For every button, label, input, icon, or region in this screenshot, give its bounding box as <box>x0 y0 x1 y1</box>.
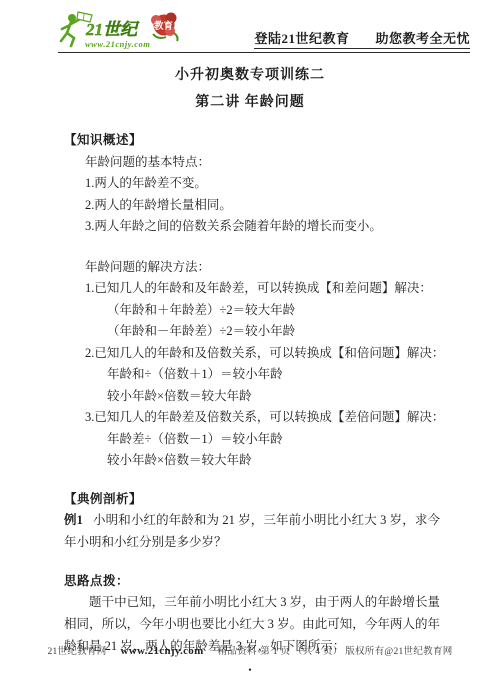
knowledge-feature-3: 3.两人年龄之间的倍数关系会随着年龄的增长而变小。 <box>64 216 440 238</box>
header-slogan: 登陆21世纪教育助您教考全无忧 <box>254 28 470 49</box>
method-1: 1.已知几人的年龄和及年龄差，可以转换成【和差问题】解决： <box>64 278 440 300</box>
example-problem-text: 小明和小红的年龄和为 21 岁，三年前小明比小红大 3 岁，求今年小明和小红分别… <box>64 513 440 549</box>
knowledge-feature-1: 1.两人的年龄差不变。 <box>64 173 440 195</box>
method-2-formula-2: 较小年龄×倍数＝较大年龄 <box>64 386 440 408</box>
footer-site-name: 21世纪教育网 <box>47 647 106 657</box>
methods-intro: 年龄问题的解决方法： <box>64 257 440 279</box>
method-3-formula-1: 年龄差÷（倍数－1）＝较小年龄 <box>64 429 440 451</box>
slogan-right: 助您教考全无忧 <box>375 31 470 46</box>
document-title: 小升初奥数专项训练二 <box>0 64 500 84</box>
method-1-formula-1: （年龄和＋年龄差）÷2＝较大年龄 <box>64 300 440 322</box>
method-2: 2.已知几人的年龄和及倍数关系，可以转换成【和倍问题】解决： <box>64 343 440 365</box>
knowledge-intro: 年龄问题的基本特点： <box>64 152 440 174</box>
footer-copyright-line: 21世纪教育网www.21cnjy.com精品资料·第 1 页 （共 4 页） … <box>0 643 500 657</box>
page-header: 21世纪 教育 www.21cnjy.com 登陆21世纪教育助您教考全无忧 <box>58 8 470 53</box>
brand-logo-graphic: 21世纪 教育 www.21cnjy.com <box>58 8 188 50</box>
method-1-formula-2: （年龄和－年龄差）÷2＝较小年龄 <box>64 321 440 343</box>
method-3-formula-2: 较小年龄×倍数＝较大年龄 <box>64 450 440 472</box>
knowledge-feature-2: 2.两人的年龄增长量相同。 <box>64 195 440 217</box>
method-2-formula-1: 年龄和÷（倍数＋1）＝较小年龄 <box>64 364 440 386</box>
page-bullet-mark: • <box>0 667 500 673</box>
brand-logo: 21世纪 教育 www.21cnjy.com <box>58 8 188 50</box>
slogan-left: 登陆21世纪教育 <box>254 31 349 46</box>
document-body: 【知识概述】 年龄问题的基本特点： 1.两人的年龄差不变。 2.两人的年龄增长量… <box>64 130 440 657</box>
hint-heading: 思路点拨： <box>64 571 440 593</box>
section-heading-example: 【典例剖析】 <box>64 489 440 511</box>
example-label: 例1 <box>64 513 83 527</box>
footer-page-info: 精品资料·第 1 页 （共 4 页） 版权所有@21世纪教育网 <box>218 647 453 657</box>
footer-url: www.21cnjy.com <box>121 645 204 657</box>
document-subtitle: 第二讲 年龄问题 <box>0 91 500 111</box>
brand-name-suffix-text: 教育 <box>153 20 174 32</box>
document-page: 21世纪 教育 www.21cnjy.com 登陆21世纪教育助您教考全无忧 小… <box>0 0 500 691</box>
method-3: 3.已知几人的年龄差及倍数关系，可以转换成【差倍问题】解决： <box>64 407 440 429</box>
brand-url-text: www.21cnjy.com <box>85 39 150 49</box>
example-problem: 例1小明和小红的年龄和为 21 岁，三年前小明比小红大 3 岁，求今年小明和小红… <box>64 510 440 554</box>
section-heading-knowledge: 【知识概述】 <box>64 130 440 152</box>
brand-name-text: 21世纪 <box>85 20 140 39</box>
page-footer: 21世纪教育网www.21cnjy.com精品资料·第 1 页 （共 4 页） … <box>0 643 500 673</box>
